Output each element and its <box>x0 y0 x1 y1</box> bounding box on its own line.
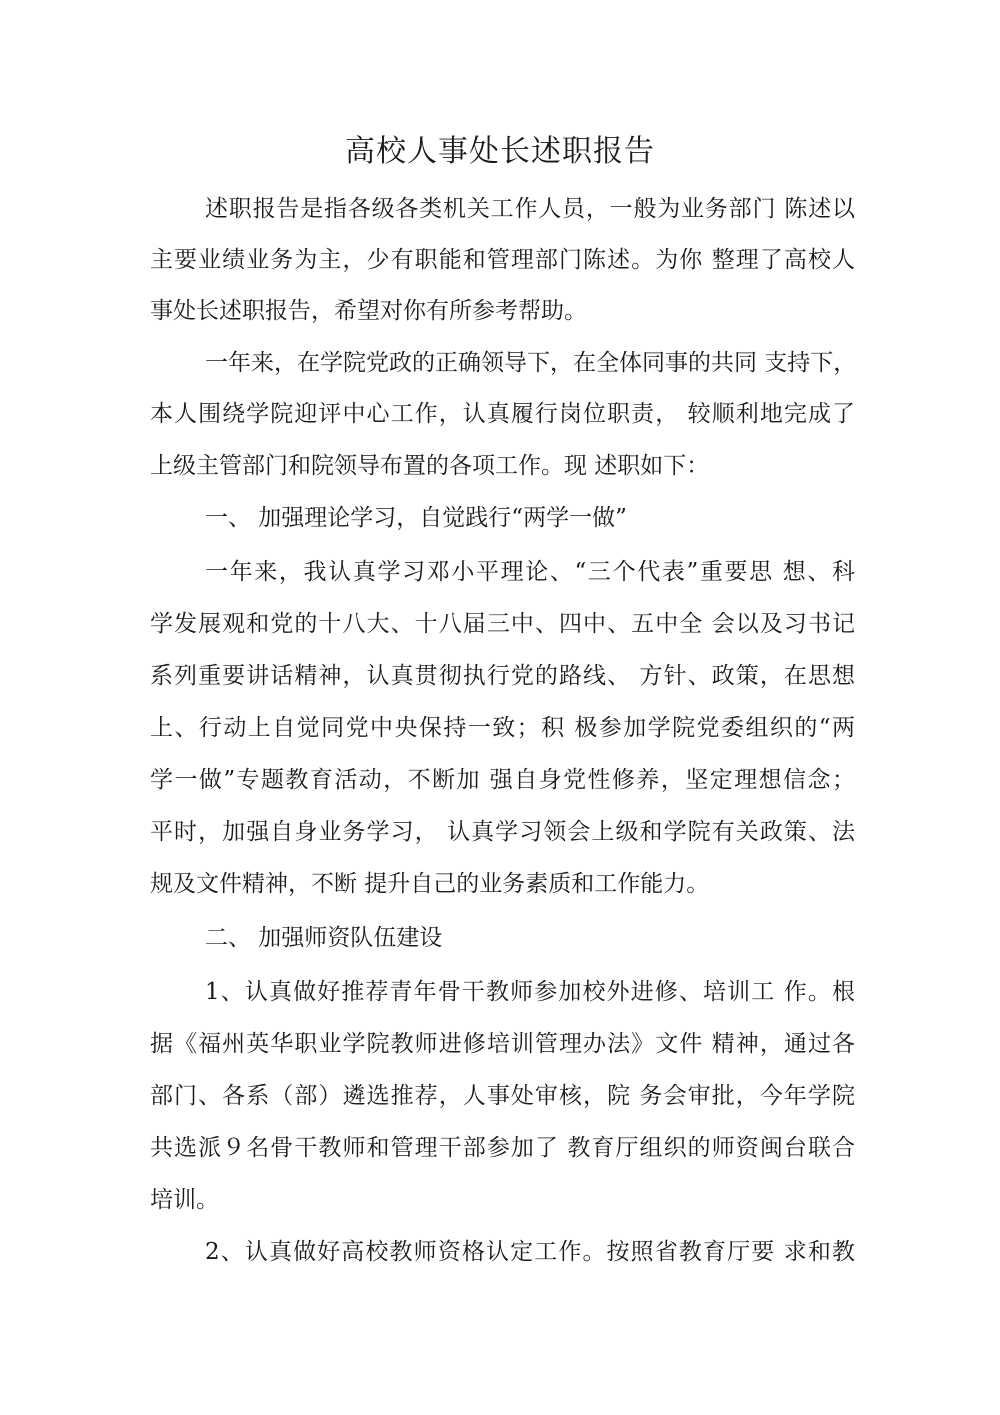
document-title: 高校人事处长述职报告 <box>0 132 1000 172</box>
text-line: 上、行动上自觉同党中央保持一致；积 极参加学院党委组织的“两 <box>150 713 855 743</box>
text-line: 规及文件精神，不断 提升自己的业务素质和工作能力。 <box>150 869 855 899</box>
text-line: 培训。 <box>150 1185 855 1215</box>
text-line: 主要业绩业务为主，少有职能和管理部门陈述。为你 整理了高校人 <box>150 245 855 275</box>
text-line: 平时，加强自身业务学习， 认真学习领会上级和学院有关政策、法 <box>150 817 855 847</box>
text-line: 系列重要讲话精神，认真贯彻执行党的路线、 方针、政策，在思想 <box>150 661 855 691</box>
text-line: 学发展观和党的十八大、十八届三中、四中、五中全 会以及习书记 <box>150 609 855 639</box>
text-line: 述职报告是指各级各类机关工作人员，一般为业务部门 陈述以 <box>205 194 855 224</box>
text-line: 2、认真做好高校教师资格认定工作。按照省教育厅要 求和教 <box>205 1237 855 1267</box>
text-line: 本人围绕学院迎评中心工作，认真履行岗位职责， 较顺利地完成了 <box>150 399 855 429</box>
text-line: 一、 加强理论学习，自觉践行“两学一做” <box>205 503 855 533</box>
text-line: 一年来，在学院党政的正确领导下，在全体同事的共同 支持下， <box>205 348 855 378</box>
text-line: 学一做”专题教育活动，不断加 强自身党性修养，坚定理想信念； <box>150 765 855 795</box>
text-line: 1、认真做好推荐青年骨干教师参加校外进修、培训工 作。根 <box>205 977 855 1007</box>
text-line: 二、 加强师资队伍建设 <box>205 923 855 953</box>
document-page: 高校人事处长述职报告 述职报告是指各级各类机关工作人员，一般为业务部门 陈述以主… <box>0 0 1000 1415</box>
text-line: 上级主管部门和院领导布置的各项工作。现 述职如下： <box>150 451 855 481</box>
text-line: 共选派９名骨干教师和管理干部参加了 教育厅组织的师资闽台联合 <box>150 1133 855 1163</box>
text-line: 部门、各系（部）遴选推荐，人事处审核，院 务会审批，今年学院 <box>150 1081 855 1111</box>
text-line: 一年来，我认真学习邓小平理论、“三个代表”重要思 想、科 <box>205 557 855 587</box>
text-line: 据《福州英华职业学院教师进修培训管理办法》文件 精神，通过各 <box>150 1029 855 1059</box>
text-line: 事处长述职报告，希望对你有所参考帮助。 <box>150 296 855 326</box>
